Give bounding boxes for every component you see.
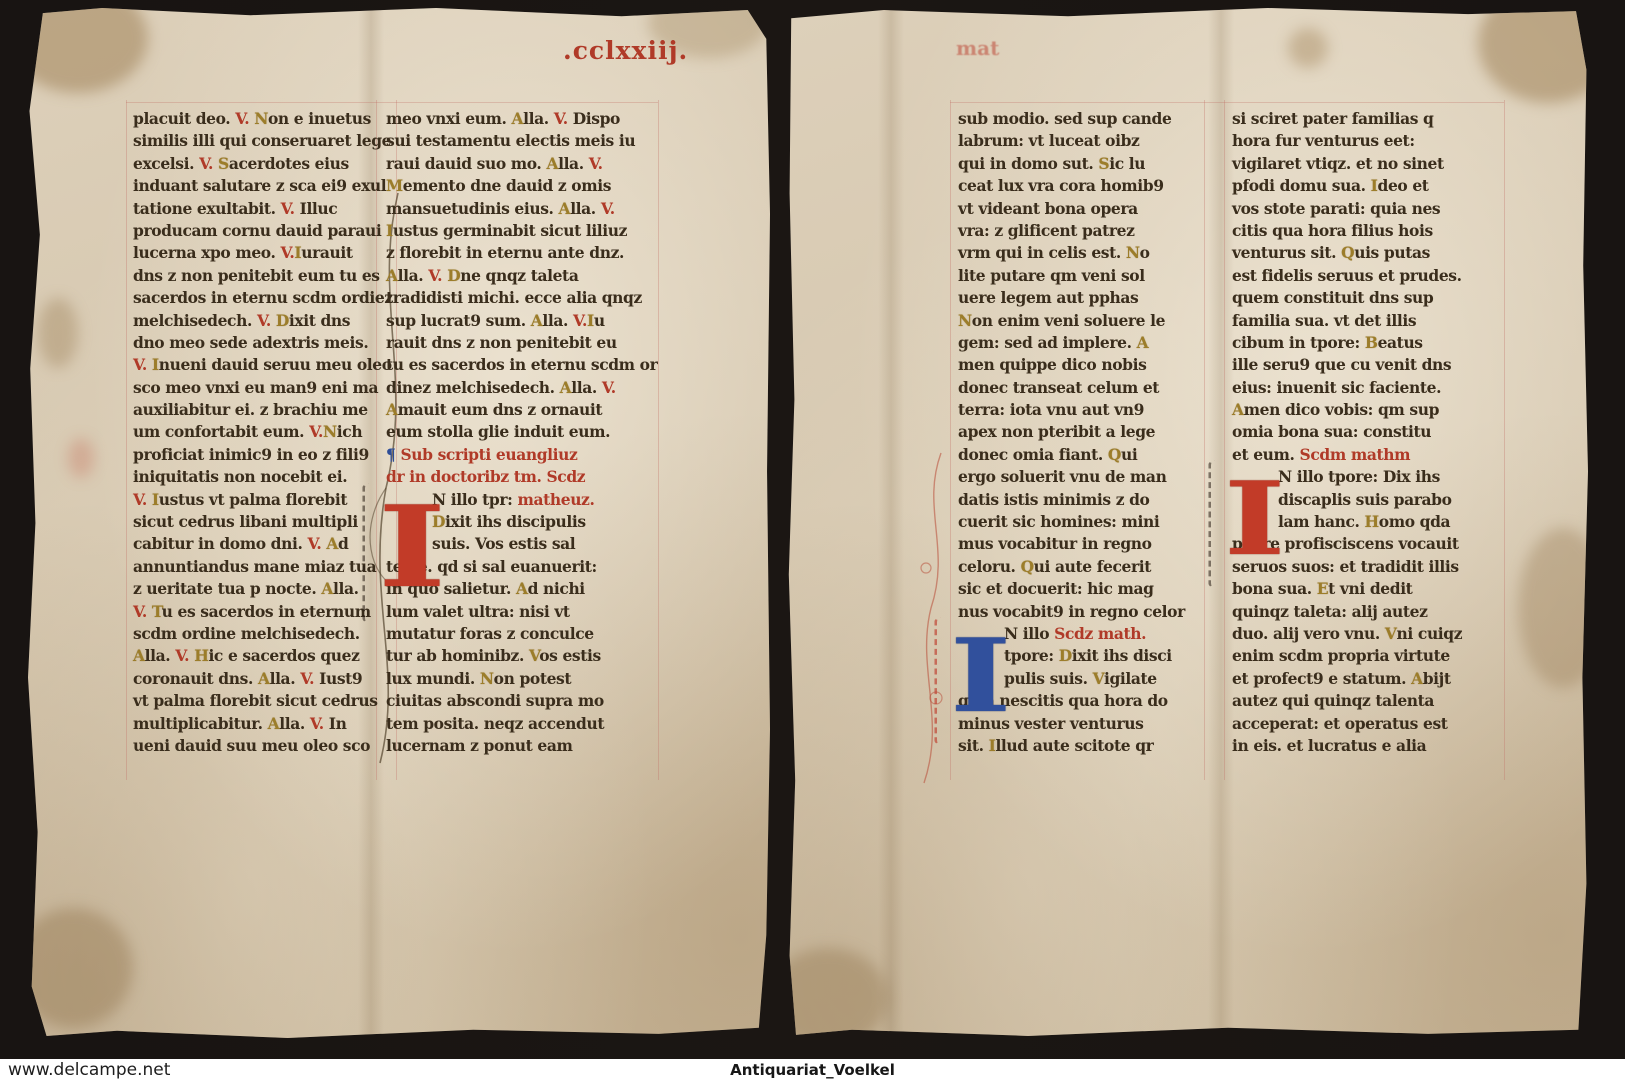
manuscript-text-line: mutatur foras z conculce <box>386 623 654 645</box>
gold-capital: A <box>560 378 572 397</box>
body-text: urauit <box>301 243 352 262</box>
text-column: si sciret pater familias qhora fur ventu… <box>1232 108 1500 757</box>
body-text: sup lucrat9 sum. <box>386 311 531 330</box>
gold-capital: H <box>1365 512 1379 531</box>
body-text: on e inuetus <box>268 109 371 128</box>
rubric-text: matheuz. <box>517 490 594 509</box>
manuscript-text-line: si sciret pater familias q <box>1232 108 1500 130</box>
rubric-text: V. <box>573 311 587 330</box>
body-text: sui testamentu electis meis iu <box>386 131 635 150</box>
body-text: quinqz taleta: alij autez <box>1232 602 1428 621</box>
body-text: ui <box>1121 445 1137 464</box>
manuscript-text-line: vra: z glificent patrez <box>958 220 1226 242</box>
watermark-strip: www.delcampe.net Antiquariat_Voelkel <box>0 1059 1625 1081</box>
body-text: placuit deo. <box>133 109 235 128</box>
body-text: bona sua. <box>1232 579 1317 598</box>
gold-capital: A <box>1137 333 1149 352</box>
manuscript-text-line: meo vnxi eum. Alla. V. Dispo <box>386 108 654 130</box>
body-text: ciuitas abscondi supra mo <box>386 691 604 710</box>
body-text: excelsi. <box>133 154 199 173</box>
gold-capital: N <box>323 422 337 441</box>
manuscript-text-line: ciuitas abscondi supra mo <box>386 690 654 712</box>
manuscript-text-line: quem constituit dns sup <box>1232 287 1500 309</box>
text-column: sub modio. sed sup candelabrum: vt lucea… <box>958 108 1226 757</box>
body-text: mus vocabitur in regno <box>958 534 1152 553</box>
body-text: et profect9 e statum. <box>1232 669 1411 688</box>
text-column: placuit deo. V. Non e inuetussimilis ill… <box>133 108 401 757</box>
body-text: nueni dauid seruu meu oleo <box>159 355 392 374</box>
body-text: ixit ihs disci <box>1072 646 1172 665</box>
body-text: datis istis minimis z do <box>958 490 1149 509</box>
manuscript-text-line: labrum: vt luceat oibz <box>958 130 1226 152</box>
body-text: duo. alij vero vnu. <box>1232 624 1385 643</box>
body-text: sic et docuerit: hic mag <box>958 579 1154 598</box>
gold-capital: A <box>386 400 398 419</box>
gold-capital: V <box>529 646 539 665</box>
manuscript-text-line: annuntiandus mane miaz tua <box>133 556 401 578</box>
manuscript-text-line: vt palma florebit sicut cedrus <box>133 690 401 712</box>
body-text: eatus <box>1378 333 1423 352</box>
manuscript-text-line: apex non pteribit a lege <box>958 421 1226 443</box>
body-text: vra: z glificent patrez <box>958 221 1135 240</box>
body-text: eius: inuenit sic faciente. <box>1232 378 1441 397</box>
body-text: venturus sit. <box>1232 243 1341 262</box>
body-text: sub modio. sed sup cande <box>958 109 1171 128</box>
rubric-text: Scdz math. <box>1054 624 1146 643</box>
body-text: est fidelis seruus et prudes. <box>1232 266 1462 285</box>
manuscript-text-line: z florebit in eternu ante dnz. <box>386 242 654 264</box>
manuscript-text-line: autez qui quinqz talenta <box>1232 690 1500 712</box>
manuscript-text-line: donec transeat celum et <box>958 377 1226 399</box>
manuscript-text-line: producam cornu dauid paraui <box>133 220 401 242</box>
manuscript-text-line: sui testamentu electis meis iu <box>386 130 654 152</box>
manuscript-text-line: celoru. Qui aute fecerit <box>958 556 1226 578</box>
manuscript-text-line: Iustus germinabit sicut liliuz <box>386 220 654 242</box>
gold-capital: A <box>321 579 333 598</box>
gold-capital: D <box>276 311 289 330</box>
body-text: t vni dedit <box>1328 579 1412 598</box>
manuscript-text-line: V. Tu es sacerdos in eternum <box>133 601 401 623</box>
watermark-voelkel: Antiquariat_Voelkel <box>0 1061 1625 1079</box>
manuscript-text-line: men quippe dico nobis <box>958 354 1226 376</box>
gold-capital: A <box>133 646 145 665</box>
ruling-line <box>658 100 659 780</box>
gold-capital: Q <box>1341 243 1354 262</box>
rubric-text: V. <box>601 199 615 218</box>
rubric-text: V. <box>199 154 213 173</box>
body-text: similis illi qui conseruaret lege <box>133 131 391 150</box>
body-text: enim scdm propria virtute <box>1232 646 1450 665</box>
body-text: pfodi domu sua. <box>1232 176 1371 195</box>
manuscript-text-line: cuerit sic homines: mini <box>958 511 1226 533</box>
manuscript-text-line: Amauit eum dns z ornauit <box>386 399 654 421</box>
body-text: ich <box>337 422 362 441</box>
gold-capital: D <box>447 266 460 285</box>
ruling-line <box>126 102 658 103</box>
rubric-text: V. <box>309 422 323 441</box>
gold-capital: B <box>1365 333 1378 352</box>
body-text: d nichi <box>528 579 585 598</box>
body-text: u es sacerdos in eternum <box>162 602 371 621</box>
manuscript-text-line: V. Iustus vt palma florebit <box>133 489 401 511</box>
manuscript-text-line: placuit deo. V. Non e inuetus <box>133 108 401 130</box>
body-text: vigilaret vtiqz. et no sinet <box>1232 154 1444 173</box>
body-text: lux mundi. <box>386 669 480 688</box>
body-text: N illo tpore: Dix ihs <box>1278 467 1440 486</box>
manuscript-text-line: Alla. V. Dne qnqz taleta <box>386 265 654 287</box>
gold-capital: N <box>480 669 494 688</box>
body-text: u <box>594 311 605 330</box>
body-text: annuntiandus mane miaz tua <box>133 557 376 576</box>
rubric-text: V. <box>133 490 147 509</box>
manuscript-photo: .cclxxiij. placuit deo. V. Non e inuetus… <box>0 0 1625 1081</box>
body-text: d <box>338 534 348 553</box>
gold-capital: A <box>546 154 558 173</box>
body-text: uis putas <box>1354 243 1430 262</box>
gold-capital: N <box>958 311 972 330</box>
manuscript-text-line: in eis. et lucratus e alia <box>1232 735 1500 757</box>
manuscript-text-line: Non enim veni soluere le <box>958 310 1226 332</box>
body-text: men quippe dico nobis <box>958 355 1146 374</box>
manuscript-text-line: cibum in tpore: Beatus <box>1232 332 1500 354</box>
gold-capital: A <box>326 534 338 553</box>
manuscript-text-line: sic et docuerit: hic mag <box>958 578 1226 600</box>
body-text: dno meo sede adextris meis. <box>133 333 368 352</box>
gold-capital: A <box>559 199 571 218</box>
body-text: ne qnqz taleta <box>460 266 578 285</box>
body-text: In <box>324 714 347 733</box>
manuscript-text-line: ceat lux vra cora homib9 <box>958 175 1226 197</box>
rubric-text: V. <box>300 669 314 688</box>
body-text: lla. <box>145 646 176 665</box>
body-text: men dico vobis: qm sup <box>1244 400 1439 419</box>
body-text: vos stote parati: quia nes <box>1232 199 1440 218</box>
body-text: acceperat: et operatus est <box>1232 714 1448 733</box>
manuscript-text-line: cabitur in domo dni. V. Ad <box>133 533 401 555</box>
text-column: meo vnxi eum. Alla. V. Disposui testamen… <box>386 108 654 757</box>
rubric-text: Sub scripti euangliuz <box>400 445 577 464</box>
manuscript-text-line: datis istis minimis z do <box>958 489 1226 511</box>
body-text: lla. <box>270 669 301 688</box>
body-text: ic e sacerdos quez <box>208 646 359 665</box>
manuscript-text-line: uere legem aut pphas <box>958 287 1226 309</box>
body-text: vt palma florebit sicut cedrus <box>133 691 378 710</box>
manuscript-text-line: est fidelis seruus et prudes. <box>1232 265 1500 287</box>
manuscript-text-line: sit. Illud aute scitote qr <box>958 735 1226 757</box>
gold-capital: V <box>1093 669 1104 688</box>
body-text: on enim veni soluere le <box>972 311 1165 330</box>
body-text: lucerna xpo meo. <box>133 243 280 262</box>
manuscript-text-line: auxiliabitur ei. z brachiu me <box>133 399 401 421</box>
body-text: tem posita. neqz accendut <box>386 714 604 733</box>
manuscript-text-line: familia sua. vt det illis <box>1232 310 1500 332</box>
body-text: lla. <box>333 579 359 598</box>
body-text: sicut cedrus libani multipli <box>133 512 358 531</box>
body-text: Iust9 <box>314 669 362 688</box>
body-text: omia bona sua: constitu <box>1232 422 1431 441</box>
body-text: ic lu <box>1109 154 1145 173</box>
body-text: donec omia fiant. <box>958 445 1108 464</box>
body-text: ergo soluerit vnu de man <box>958 467 1166 486</box>
manuscript-text-line: Amen dico vobis: qm sup <box>1232 399 1500 421</box>
manuscript-text-line: gem: sed ad implere. A <box>958 332 1226 354</box>
body-text: mansuetudinis eius. <box>386 199 559 218</box>
body-text: donec transeat celum et <box>958 378 1159 397</box>
body-text: quem constituit dns sup <box>1232 288 1433 307</box>
gold-capital: A <box>268 714 280 733</box>
body-text: N illo <box>1004 624 1054 643</box>
ruling-line <box>1504 100 1505 780</box>
paraph-mark: ¶ <box>386 445 400 464</box>
body-text: mauit eum dns z ornauit <box>398 400 602 419</box>
body-text: induant salutare z sca ei9 exul <box>133 176 386 195</box>
body-text: eum stolla glie induit eum. <box>386 422 610 441</box>
body-text: multiplicabitur. <box>133 714 268 733</box>
manuscript-text-line: iniquitatis non nocebit ei. <box>133 466 401 488</box>
ruling-line <box>950 102 1504 103</box>
manuscript-text-line: eum stolla glie induit eum. <box>386 421 654 443</box>
rubric-text: Scdm mathm <box>1300 445 1411 464</box>
manuscript-text-line: dno meo sede adextris meis. <box>133 332 401 354</box>
rubric-text: V. <box>281 199 295 218</box>
rubric-text: V. <box>133 602 147 621</box>
body-text: cuerit sic homines: mini <box>958 512 1159 531</box>
rubric-text: V. <box>235 109 249 128</box>
gold-capital: I <box>587 311 594 330</box>
body-text: autez qui quinqz talenta <box>1232 691 1434 710</box>
ruling-line <box>126 100 127 780</box>
body-text: in eis. et lucratus e alia <box>1232 736 1426 755</box>
body-text: lla. <box>523 109 554 128</box>
manuscript-text-line: coronauit dns. Alla. V. Iust9 <box>133 668 401 690</box>
body-text: lla. <box>571 378 602 397</box>
manuscript-text-line: Alla. V. Hic e sacerdos quez <box>133 645 401 667</box>
body-text: tu es sacerdos in eternu scdm or <box>386 355 657 374</box>
manuscript-text-line: vt videant bona opera <box>958 198 1226 220</box>
gold-capital: I <box>1371 176 1378 195</box>
body-text: qui in domo sut. <box>958 154 1098 173</box>
manuscript-text-line: vrm qui in celis est. No <box>958 242 1226 264</box>
body-text: coronauit dns. <box>133 669 258 688</box>
body-text: o <box>1140 243 1150 262</box>
body-text: ui aute fecerit <box>1034 557 1151 576</box>
manuscript-text-line: lucerna xpo meo. V.Iurauit <box>133 242 401 264</box>
body-text: acerdotes eius <box>229 154 349 173</box>
body-text: ueni dauid suu meu oleo sco <box>133 736 370 755</box>
manuscript-text-line: tur ab hominibz. Vos estis <box>386 645 654 667</box>
manuscript-text-line: rauit dns z non penitebit eu <box>386 332 654 354</box>
manuscript-text-line: vos stote parati: quia nes <box>1232 198 1500 220</box>
rubric-text: V. <box>307 534 321 553</box>
body-text: celoru. <box>958 557 1021 576</box>
body-text: omo qda <box>1379 512 1450 531</box>
manuscript-text-line: dns z non penitebit eum tu es <box>133 265 401 287</box>
body-text: ustus germinabit sicut liliuz <box>393 221 627 240</box>
manuscript-text-line: enim scdm propria virtute <box>1232 645 1500 667</box>
manuscript-text-line: Memento dne dauid z omis <box>386 175 654 197</box>
illuminated-initial: I <box>378 489 435 607</box>
body-text: citis qua hora filius hois <box>1232 221 1433 240</box>
folio-number: .cclxxiij. <box>563 36 688 65</box>
body-text: cibum in tpore: <box>1232 333 1365 352</box>
gold-capital: H <box>194 646 208 665</box>
gold-capital: A <box>1232 400 1244 419</box>
gold-capital: Q <box>1108 445 1121 464</box>
body-text: lla. <box>398 266 429 285</box>
manuscript-text-line: duo. alij vero vnu. Vni cuiqz <box>1232 623 1500 645</box>
body-text: labrum: vt luceat oibz <box>958 131 1139 150</box>
manuscript-text-line: tu es sacerdos in eternu scdm or <box>386 354 654 376</box>
gold-capital: E <box>1317 579 1328 598</box>
manuscript-text-line: z ueritate tua p nocte. Alla. <box>133 578 401 600</box>
body-text: dinez melchisedech. <box>386 378 560 397</box>
rubric-text: V. <box>257 311 271 330</box>
body-text: ixit dns <box>289 311 350 330</box>
manuscript-text-line: V. Inueni dauid seruu meu oleo <box>133 354 401 376</box>
body-text: terra: iota vnu aut vn9 <box>958 400 1144 419</box>
gold-capital: Q <box>1021 557 1034 576</box>
manuscript-text-line: excelsi. V. Sacerdotes eius <box>133 153 401 175</box>
body-text: Illuc <box>295 199 338 218</box>
body-text: lla. <box>279 714 310 733</box>
body-text: igilate <box>1104 669 1157 688</box>
body-text: ceat lux vra cora homib9 <box>958 176 1164 195</box>
manuscript-text-line: tatione exultabit. V. Illuc <box>133 198 401 220</box>
gold-capital: D <box>1059 646 1072 665</box>
body-text: z florebit in eternu ante dnz. <box>386 243 624 262</box>
body-text: lucernam z ponut eam <box>386 736 573 755</box>
manuscript-text-line: proficiat inimic9 in eo z fili9 <box>133 444 401 466</box>
gold-capital: A <box>512 109 524 128</box>
manuscript-text-line: sup lucrat9 sum. Alla. V.Iu <box>386 310 654 332</box>
manuscript-text-line: eius: inuenit sic faciente. <box>1232 377 1500 399</box>
body-text: auxiliabitur ei. z brachiu me <box>133 400 368 419</box>
body-text: os estis <box>539 646 601 665</box>
body-text: llud aute scitote qr <box>995 736 1153 755</box>
body-text: vrm qui in celis est. <box>958 243 1126 262</box>
body-text: uere legem aut pphas <box>958 288 1138 307</box>
manuscript-text-line: lux mundi. Non potest <box>386 668 654 690</box>
rubric-text: V. <box>280 243 294 262</box>
manuscript-text-line: scdm ordine melchisedech. <box>133 623 401 645</box>
manuscript-text-line: ille seru9 que cu venit dns <box>1232 354 1500 376</box>
manuscript-text-line: raui dauid suo mo. Alla. V. <box>386 153 654 175</box>
manuscript-text-line: ergo soluerit vnu de man <box>958 466 1226 488</box>
body-text: on potest <box>494 669 572 688</box>
gold-capital: T <box>152 602 162 621</box>
manuscript-text-line: dinez melchisedech. Alla. V. <box>386 377 654 399</box>
body-text: tur ab hominibz. <box>386 646 529 665</box>
body-text: scdm ordine melchisedech. <box>133 624 360 643</box>
manuscript-text-line: induant salutare z sca ei9 exul <box>133 175 401 197</box>
manuscript-text-line: et profect9 e statum. Abijt <box>1232 668 1500 690</box>
body-text: Dispo <box>568 109 620 128</box>
manuscript-text-line: acceperat: et operatus est <box>1232 713 1500 735</box>
manuscript-text-line: ueni dauid suu meu oleo sco <box>133 735 401 757</box>
manuscript-text-line: terra: iota vnu aut vn9 <box>958 399 1226 421</box>
manuscript-text-line: omia bona sua: constitu <box>1232 421 1500 443</box>
gold-capital: I <box>152 355 159 374</box>
body-text: hora fur venturus eet: <box>1232 131 1415 150</box>
gold-capital: M <box>386 176 403 195</box>
body-text: vt videant bona opera <box>958 199 1138 218</box>
body-text: melchisedech. <box>133 311 257 330</box>
body-text: lla. <box>542 311 573 330</box>
manuscript-text-line: mansuetudinis eius. Alla. V. <box>386 198 654 220</box>
body-text: lla. <box>558 154 589 173</box>
body-text: cabitur in domo dni. <box>133 534 307 553</box>
manuscript-text-line: donec omia fiant. Qui <box>958 444 1226 466</box>
manuscript-text-line: mus vocabitur in regno <box>958 533 1226 555</box>
gold-capital: N <box>254 109 268 128</box>
body-text: tpore: <box>1004 646 1059 665</box>
manuscript-text-line: um confortabit eum. V.Nich <box>133 421 401 443</box>
manuscript-text-line: qui in domo sut. Sic lu <box>958 153 1226 175</box>
rubric-text: V. <box>175 646 189 665</box>
body-text: dns z non penitebit eum tu es <box>133 266 380 285</box>
gold-capital: S <box>218 154 229 173</box>
body-text: bijt <box>1423 669 1451 688</box>
rubric-text: V. <box>602 378 616 397</box>
manuscript-text-line: lite putare qm veni sol <box>958 265 1226 287</box>
gold-capital: S <box>1098 154 1109 173</box>
manuscript-text-line: tem posita. neqz accendut <box>386 713 654 735</box>
manuscript-text-line: sacerdos in eternu scdm ordiez <box>133 287 401 309</box>
illuminated-initial: I <box>1224 466 1281 572</box>
body-text: emento dne dauid z omis <box>403 176 611 195</box>
manuscript-text-line: tradidisti michi. ecce alia qnqz <box>386 287 654 309</box>
gold-capital: A <box>516 579 528 598</box>
body-text: apex non pteribit a lege <box>958 422 1155 441</box>
body-text: tradidisti michi. ecce alia qnqz <box>386 288 642 307</box>
body-text: suis. Vos estis sal <box>432 534 575 553</box>
body-text: um confortabit eum. <box>133 422 309 441</box>
body-text: producam cornu dauid paraui <box>133 221 381 240</box>
body-text: lla. <box>570 199 601 218</box>
body-text: raui dauid suo mo. <box>386 154 546 173</box>
manuscript-text-line: hora fur venturus eet: <box>1232 130 1500 152</box>
gold-capital: V <box>1385 624 1397 643</box>
manuscript-text-line: pfodi domu sua. Ideo et <box>1232 175 1500 197</box>
gold-capital: I <box>152 490 159 509</box>
body-text: meo vnxi eum. <box>386 109 512 128</box>
illuminated-initial: I <box>950 623 1007 729</box>
rubric-text: V. <box>589 154 603 173</box>
manuscript-text-line: bona sua. Et vni dedit <box>1232 578 1500 600</box>
body-text: ni cuiqz <box>1397 624 1463 643</box>
red-offset-mark: mat <box>956 36 999 60</box>
body-text: sit. <box>958 736 989 755</box>
manuscript-text-line: quinqz taleta: alij autez <box>1232 601 1500 623</box>
manuscript-text-line: multiplicabitur. Alla. V. In <box>133 713 401 735</box>
rubric-text: V. <box>554 109 568 128</box>
gold-capital: A <box>258 669 270 688</box>
body-text: sacerdos in eternu scdm ordiez <box>133 288 393 307</box>
manuscript-text-line: sub modio. sed sup cande <box>958 108 1226 130</box>
manuscript-text-line: citis qua hora filius hois <box>1232 220 1500 242</box>
body-text: lam hanc. <box>1278 512 1365 531</box>
body-text: pulis suis. <box>1004 669 1093 688</box>
body-text: familia sua. vt det illis <box>1232 311 1416 330</box>
body-text: ille seru9 que cu venit dns <box>1232 355 1451 374</box>
manuscript-right-page: mat sub modio. sed sup candelabrum: vt l… <box>788 8 1588 1038</box>
manuscript-text-line: vigilaret vtiqz. et no sinet <box>1232 153 1500 175</box>
body-text: deo et <box>1378 176 1429 195</box>
manuscript-text-line: sicut cedrus libani multipli <box>133 511 401 533</box>
body-text: lite putare qm veni sol <box>958 266 1145 285</box>
manuscript-text-line: venturus sit. Quis putas <box>1232 242 1500 264</box>
body-text: ustus vt palma florebit <box>159 490 347 509</box>
